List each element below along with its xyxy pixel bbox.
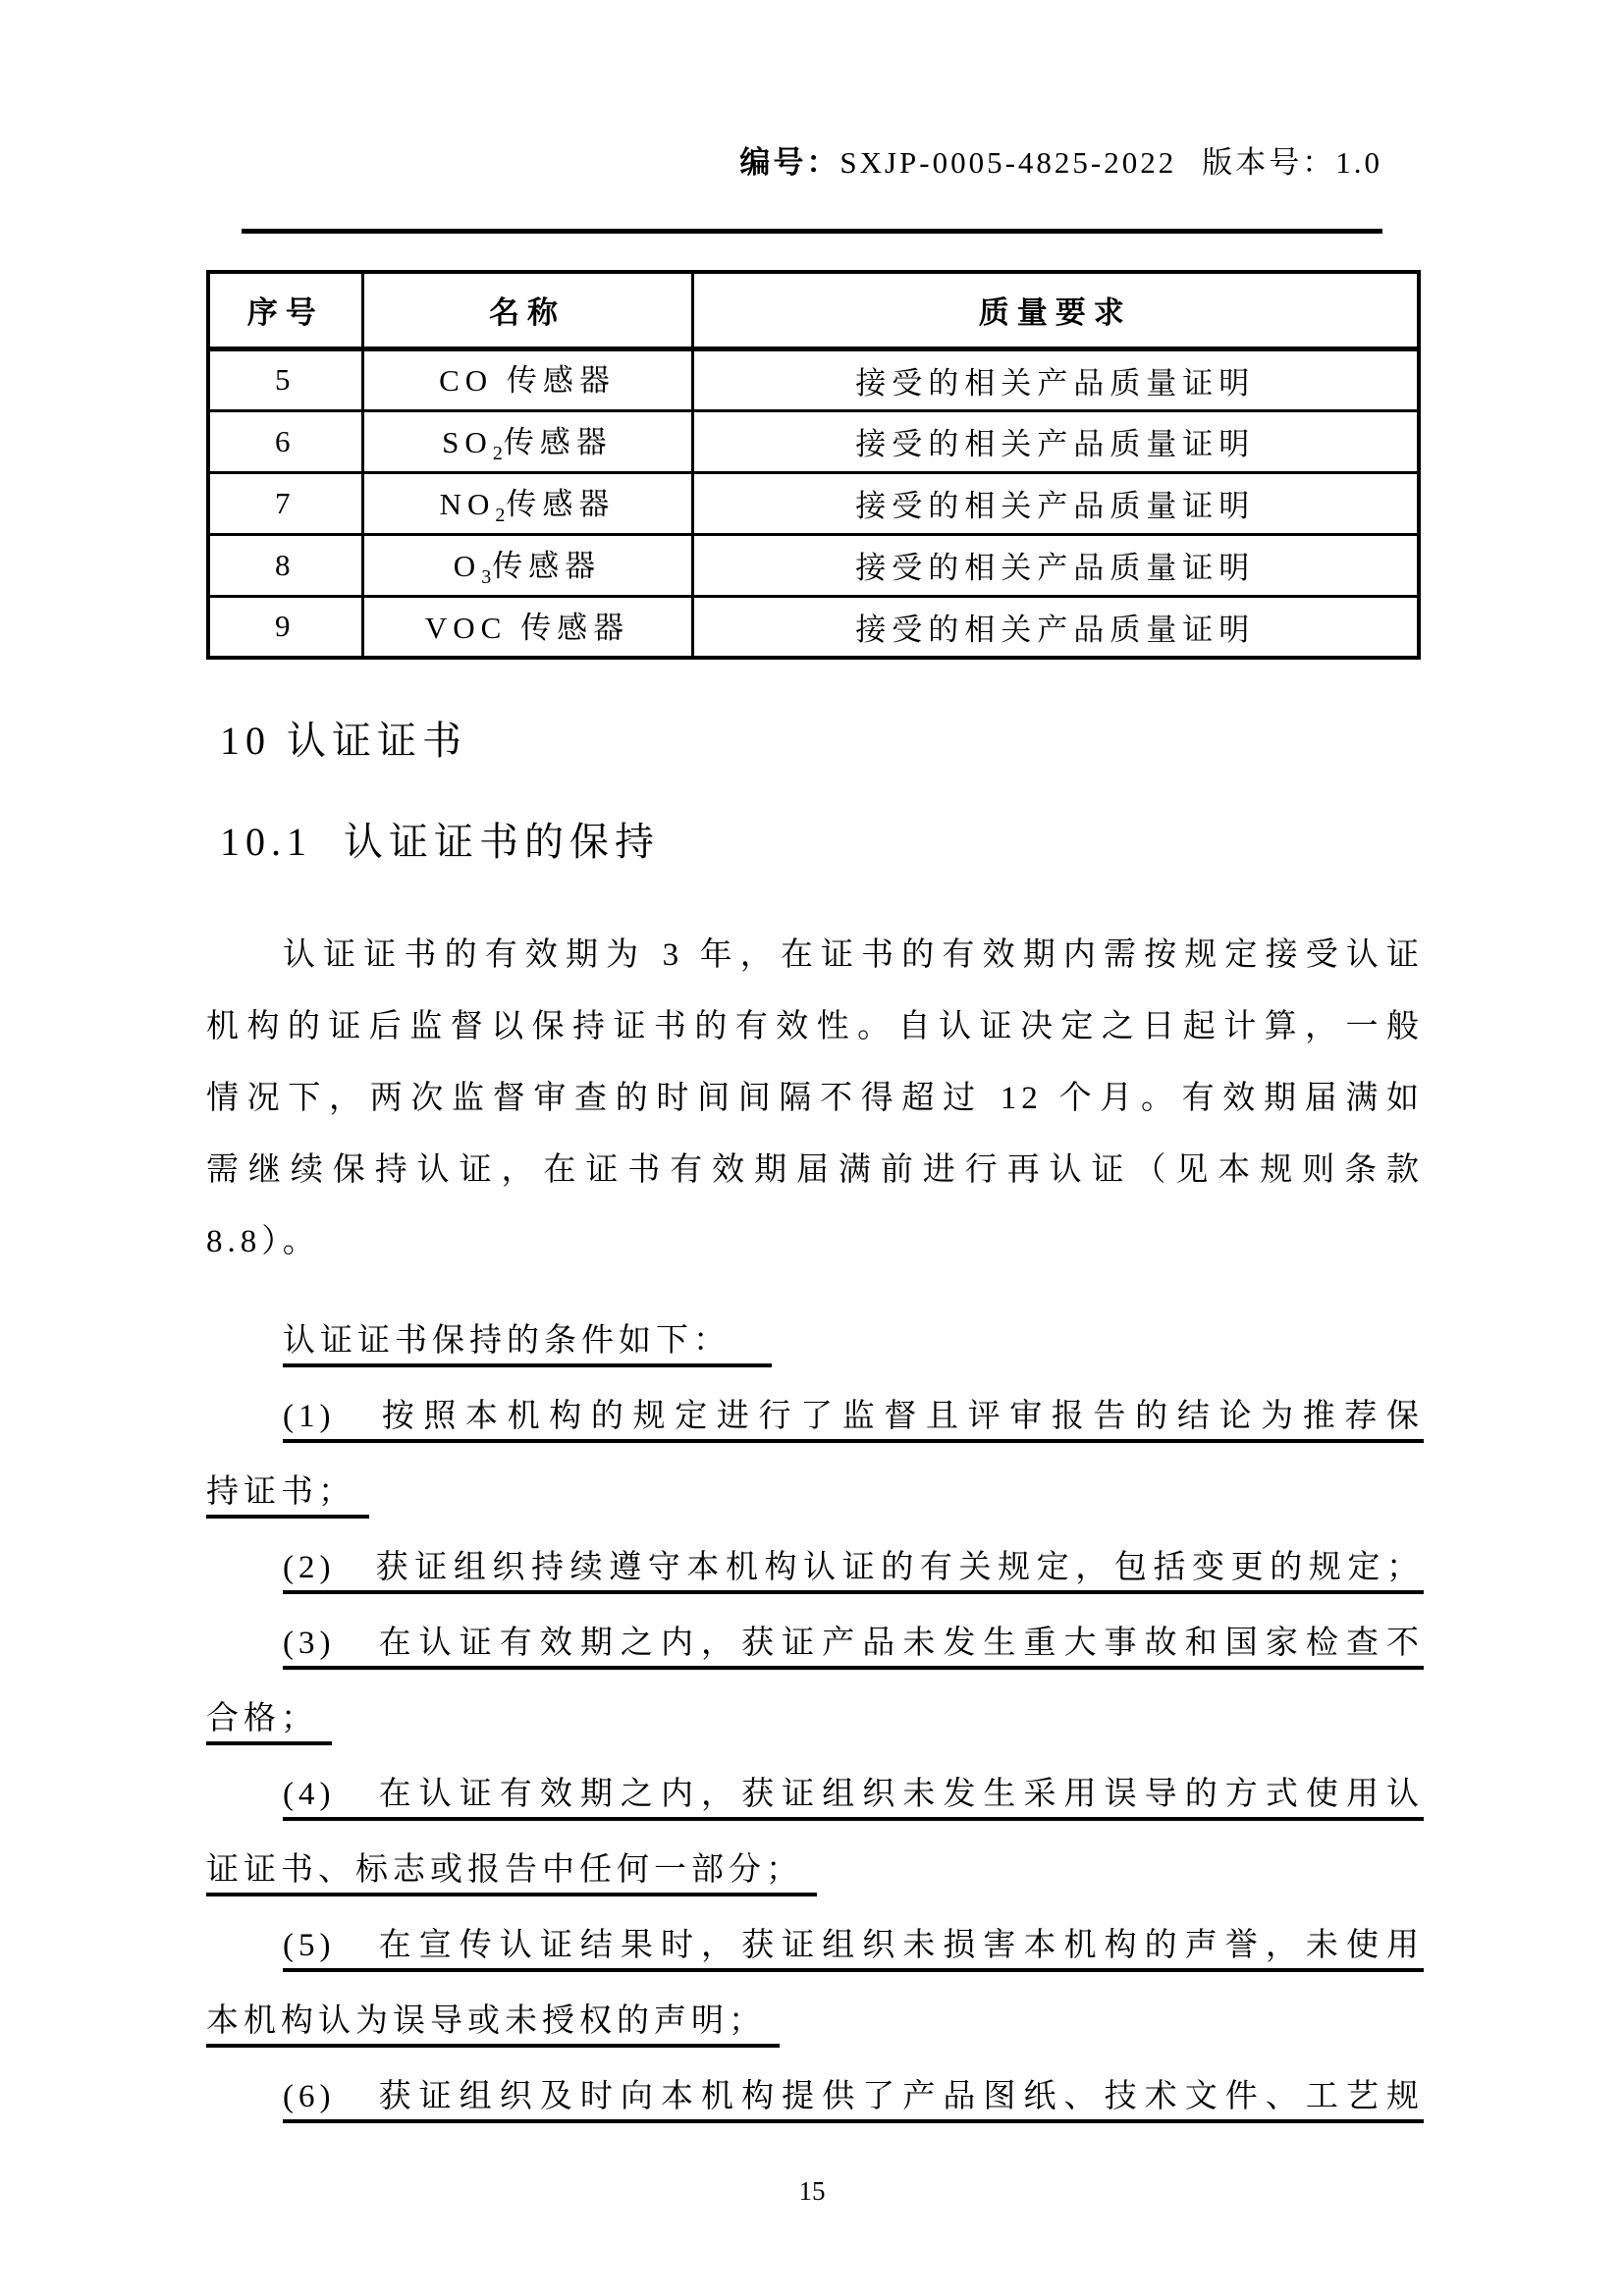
sensor-formula-subscript: 3 <box>481 566 492 588</box>
table-row: 8O3传感器接受的相关产品质量证明 <box>208 534 1419 596</box>
underlined-text: (5) 在宣传认证结果时，获证组织未损害本机构的声誉，未使用 <box>283 1924 1424 1972</box>
table-header-row: 序号 名称 质量要求 <box>208 272 1419 348</box>
text-line: 合格； <box>206 1682 1424 1757</box>
cell-sensor-name: VOC 传感器 <box>362 596 692 658</box>
underlined-text: (2) 获证组织持续遵守本机构认证的有关规定，包括变更的规定； <box>283 1546 1424 1594</box>
column-header-requirement: 质量要求 <box>692 272 1419 348</box>
sensor-formula-subscript: 2 <box>493 443 504 464</box>
paragraph-certificate-validity: 认证证书的有效期为 3 年，在证书的有效期内需按规定接受认证机构的证后监督以保持… <box>206 920 1424 1278</box>
sensor-formula: VOC <box>425 611 520 645</box>
sensor-label: 传感器 <box>520 611 629 645</box>
cell-number: 7 <box>208 472 362 534</box>
body-text: 需继续保持认证，在证书有效期届满前进行再认证（见本规则条款 <box>206 1152 1424 1188</box>
body-text: 8.8）。 <box>206 1224 320 1259</box>
text-line: (5) 在宣传认证结果时，获证组织未损害本机构的声誉，未使用 <box>206 1908 1424 1984</box>
table-row: 9VOC 传感器接受的相关产品质量证明 <box>208 596 1419 658</box>
subsection-heading: 10.1 认证证书的保持 <box>220 820 1624 865</box>
column-header-number: 序号 <box>208 272 362 348</box>
sensor-formula: SO <box>442 425 493 459</box>
underlined-text: 证证书、标志或报告中任何一部分； <box>206 1848 817 1896</box>
sensor-label: 传感器 <box>492 549 601 583</box>
version-value: 1.0 <box>1335 145 1382 180</box>
text-line: (1) 按照本机构的规定进行了监督且评审报告的结论为推荐保 <box>206 1379 1424 1455</box>
cell-quality-requirement: 接受的相关产品质量证明 <box>692 534 1419 596</box>
text-line: 8.8）。 <box>206 1206 1424 1278</box>
cell-number: 6 <box>208 410 362 472</box>
cell-sensor-name: NO2传感器 <box>362 472 692 534</box>
cell-quality-requirement: 接受的相关产品质量证明 <box>692 410 1419 472</box>
text-line: (3) 在认证有效期之内，获证产品未发生重大事故和国家检查不 <box>206 1606 1424 1682</box>
underlined-text: (6) 获证组织及时向本机构提供了产品图纸、技术文件、工艺规 <box>283 2075 1424 2123</box>
sensor-label: 传感器 <box>506 487 615 521</box>
sensor-formula: CO <box>439 363 507 398</box>
cell-sensor-name: O3传感器 <box>362 534 692 596</box>
text-line: (2) 获证组织持续遵守本机构认证的有关规定，包括变更的规定； <box>206 1530 1424 1606</box>
sensor-formula-subscript: 2 <box>495 505 506 526</box>
underlined-text: (1) 按照本机构的规定进行了监督且评审报告的结论为推荐保 <box>283 1395 1424 1443</box>
cell-number: 5 <box>208 348 362 410</box>
cell-quality-requirement: 接受的相关产品质量证明 <box>692 472 1419 534</box>
doc-number-value: SXJP-0005-4825-2022 <box>839 145 1176 180</box>
cell-sensor-name: SO2传感器 <box>362 410 692 472</box>
doc-number-label: 编号： <box>739 145 839 180</box>
certificate-maintenance-conditions: 认证证书保持的条件如下：(1) 按照本机构的规定进行了监督且评审报告的结论为推荐… <box>206 1304 1424 2135</box>
document-header: 编号：SXJP-0005-4825-2022版本号：1.0 <box>242 102 1382 234</box>
table-row: 6SO2传感器接受的相关产品质量证明 <box>208 410 1419 472</box>
text-line: 认证证书的有效期为 3 年，在证书的有效期内需按规定接受认证 <box>206 920 1424 991</box>
body-text: 认证证书的有效期为 3 年，在证书的有效期内需按规定接受认证 <box>283 937 1424 973</box>
underlined-text: (4) 在认证有效期之内，获证组织未发生采用误导的方式使用认 <box>283 1773 1424 1821</box>
sensor-label: 传感器 <box>504 425 613 459</box>
sensor-formula: O <box>454 549 481 583</box>
table-row: 5CO 传感器接受的相关产品质量证明 <box>208 348 1419 410</box>
cell-sensor-name: CO 传感器 <box>362 348 692 410</box>
text-line: (4) 在认证有效期之内，获证组织未发生采用误导的方式使用认 <box>206 1757 1424 1833</box>
page-number: 15 <box>0 2176 1624 2207</box>
cell-quality-requirement: 接受的相关产品质量证明 <box>692 348 1419 410</box>
section-heading: 10 认证证书 <box>220 719 1624 764</box>
sensor-formula: NO <box>440 487 496 521</box>
text-line: (6) 获证组织及时向本机构提供了产品图纸、技术文件、工艺规 <box>206 2059 1424 2135</box>
body-text: 机构的证后监督以保持证书的有效性。自认证决定之日起计算，一般 <box>206 1009 1424 1044</box>
body-text: 情况下，两次监督审查的时间间隔不得超过 12 个月。有效期届满如 <box>206 1081 1424 1116</box>
text-line: 情况下，两次监督审查的时间间隔不得超过 12 个月。有效期届满如 <box>206 1063 1424 1135</box>
underlined-text: 认证证书保持的条件如下： <box>283 1319 772 1367</box>
cell-number: 9 <box>208 596 362 658</box>
underlined-text: 合格； <box>206 1697 332 1745</box>
table-row: 7NO2传感器接受的相关产品质量证明 <box>208 472 1419 534</box>
sensor-label: 传感器 <box>507 363 616 398</box>
text-line: 持证书； <box>206 1455 1424 1530</box>
document-page: 编号：SXJP-0005-4825-2022版本号：1.0 序号 名称 质量要求… <box>0 0 1624 2296</box>
cell-quality-requirement: 接受的相关产品质量证明 <box>692 596 1419 658</box>
text-line: 机构的证后监督以保持证书的有效性。自认证决定之日起计算，一般 <box>206 991 1424 1063</box>
version-label: 版本号： <box>1202 145 1335 180</box>
underlined-text: 本机构认为误导或未授权的声明； <box>206 2000 780 2048</box>
text-line: 认证证书保持的条件如下： <box>206 1304 1424 1379</box>
column-header-name: 名称 <box>362 272 692 348</box>
cell-number: 8 <box>208 534 362 596</box>
quality-requirements-table: 序号 名称 质量要求 5CO 传感器接受的相关产品质量证明6SO2传感器接受的相… <box>206 270 1421 660</box>
text-line: 需继续保持认证，在证书有效期届满前进行再认证（见本规则条款 <box>206 1135 1424 1206</box>
underlined-text: 持证书； <box>206 1470 369 1519</box>
text-line: 证证书、标志或报告中任何一部分； <box>206 1833 1424 1908</box>
underlined-text: (3) 在认证有效期之内，获证产品未发生重大事故和国家检查不 <box>283 1622 1424 1670</box>
text-line: 本机构认为误导或未授权的声明； <box>206 1984 1424 2059</box>
